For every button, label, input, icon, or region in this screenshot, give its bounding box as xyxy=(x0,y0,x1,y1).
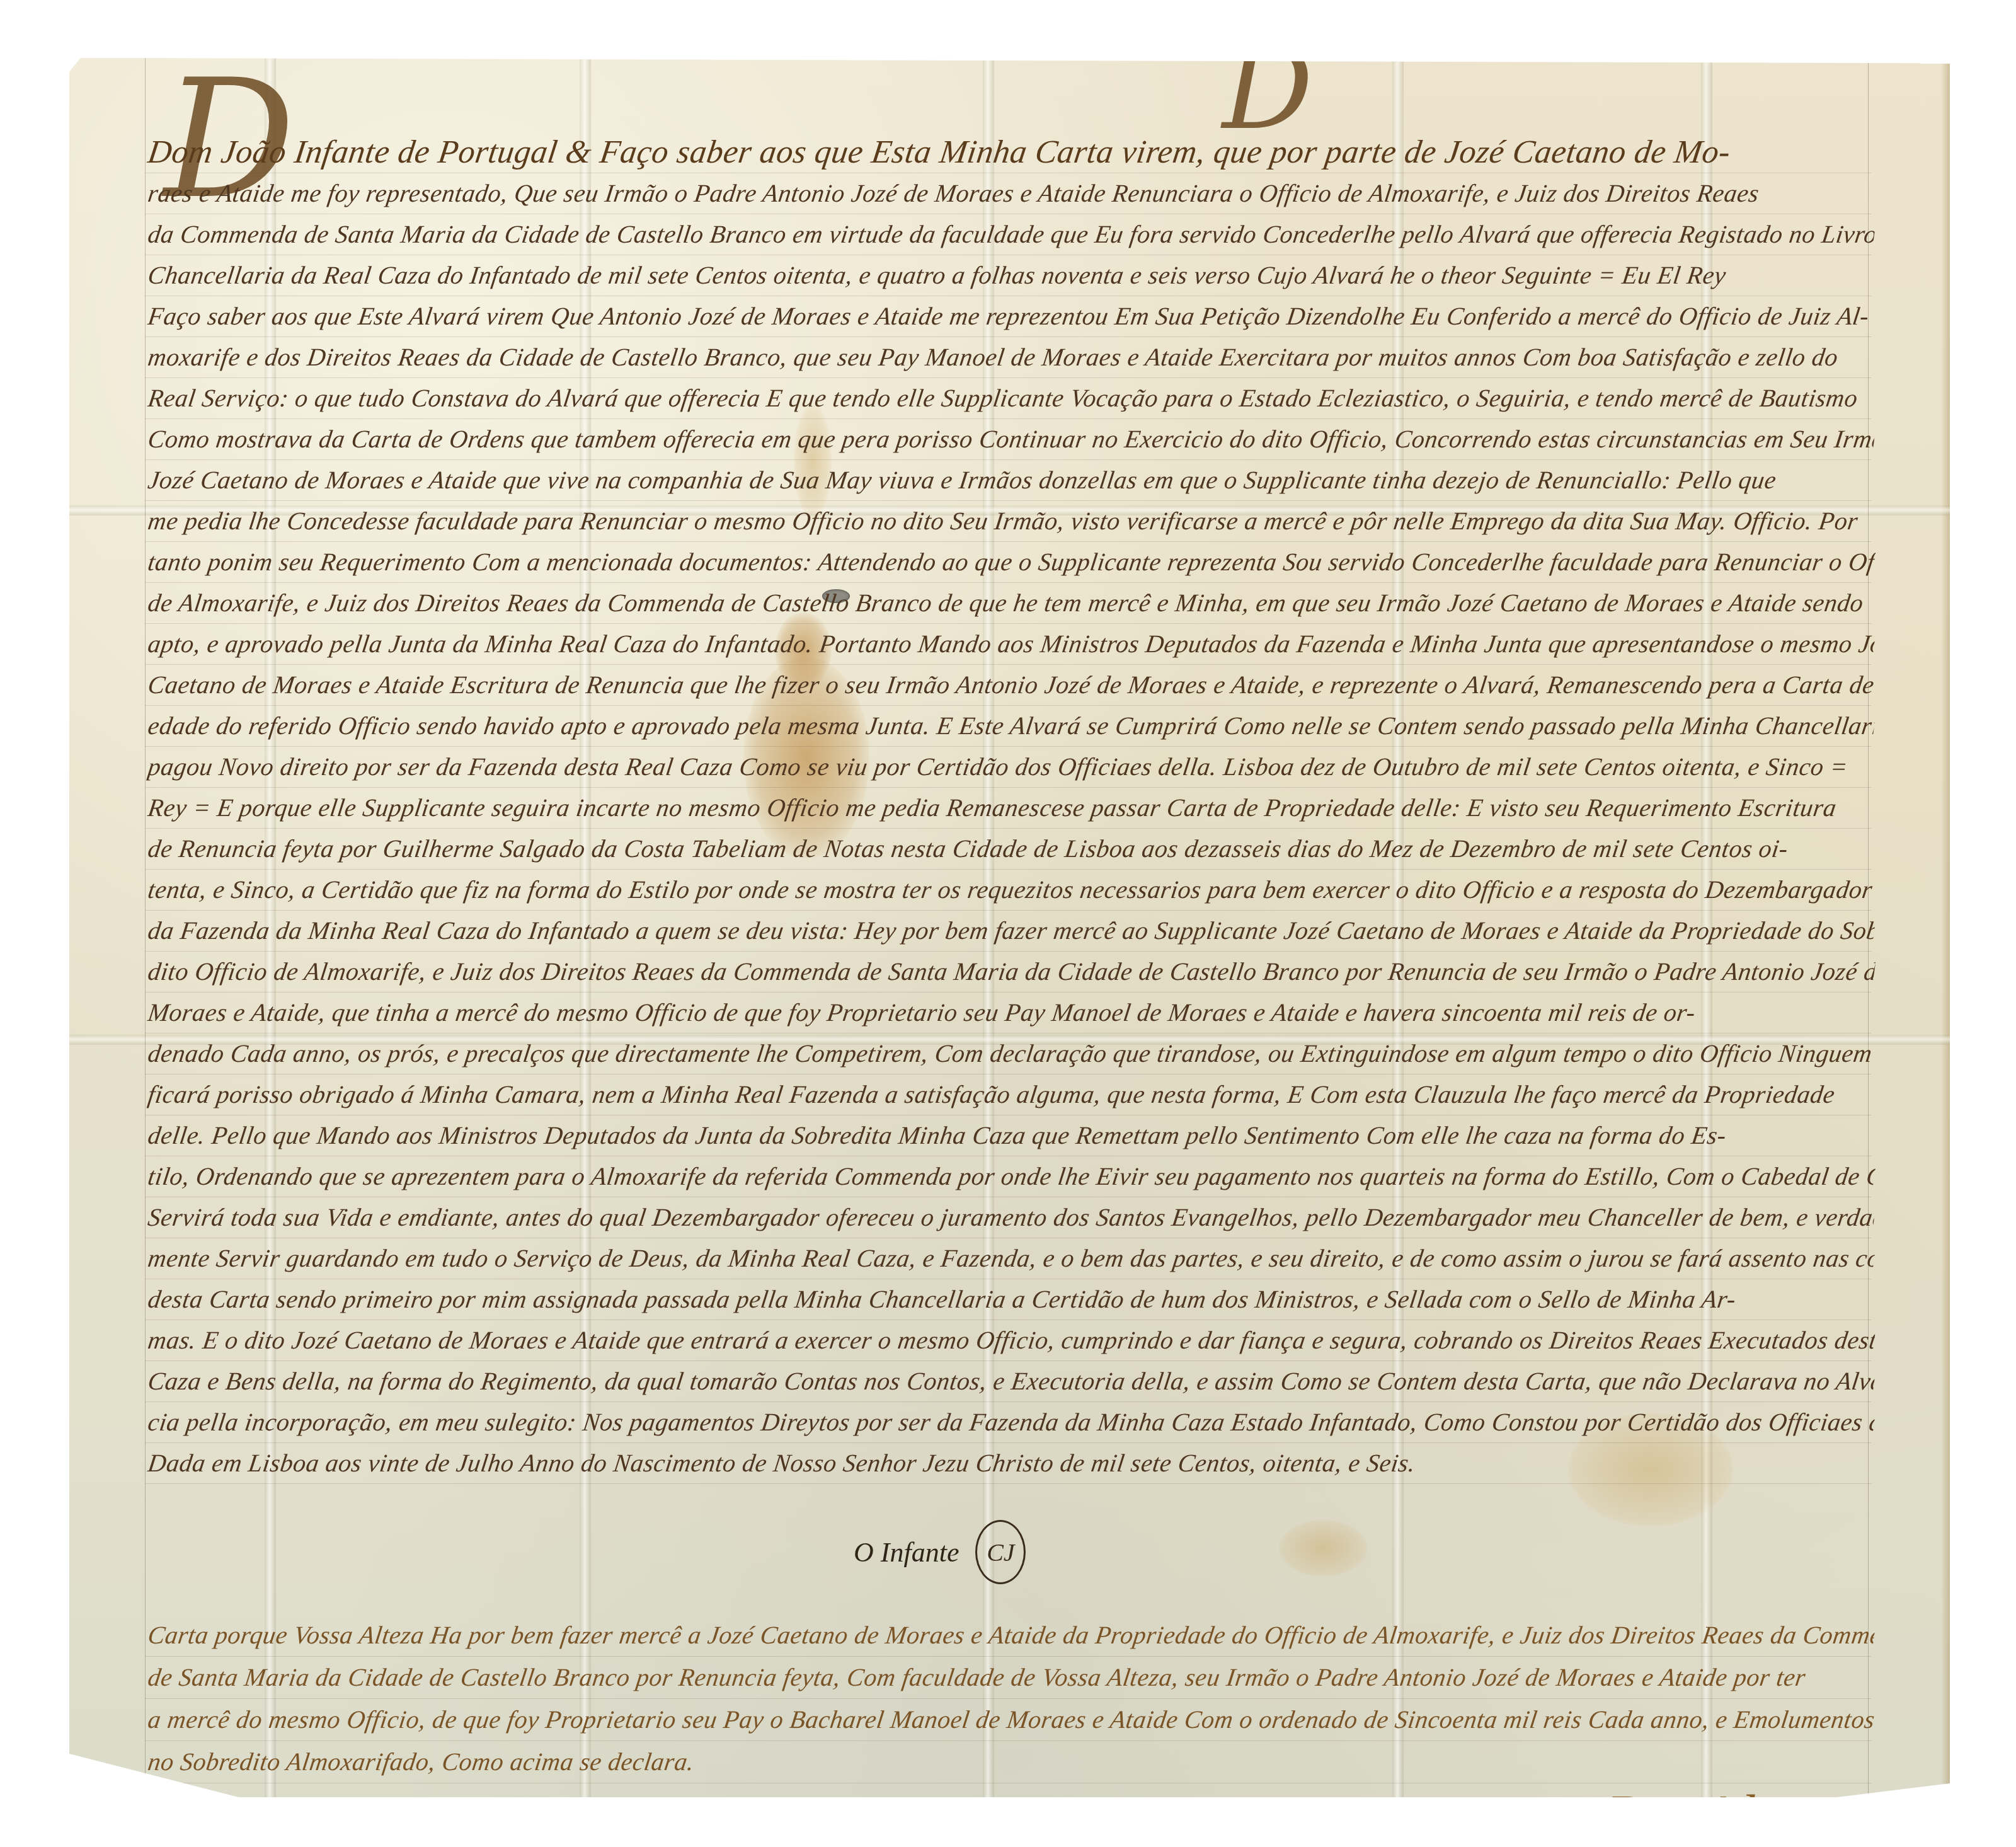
text-line: desta Carta sendo primeiro por mim assig… xyxy=(145,1279,1877,1320)
text-line: pagou Novo direito por ser da Fazenda de… xyxy=(145,747,1877,788)
text-line: mente Servir guardando em tudo o Serviço… xyxy=(145,1238,1877,1279)
text-line: de Renuncia feyta por Guilherme Salgado … xyxy=(145,829,1877,870)
text-line: Rey = E porque elle Supplicante seguira … xyxy=(145,788,1877,829)
text-line: cia pella incorporação, em meu sulegito:… xyxy=(145,1402,1877,1443)
monogram-seal-icon: CJ xyxy=(975,1520,1026,1584)
text-line: Como mostrava da Carta de Ordens que tam… xyxy=(145,419,1877,460)
text-line: me pedia lhe Concedesse faculdade para R… xyxy=(145,501,1877,542)
margin-rule xyxy=(145,58,146,1797)
text-line: edade do referido Officio sendo havido a… xyxy=(145,706,1877,747)
text-line: Caza e Bens della, na forma do Regimento… xyxy=(145,1361,1877,1402)
text-line: Dada em Lisboa aos vinte de Julho Anno d… xyxy=(145,1443,1877,1484)
text-line: raes e Ataide me foy representado, Que s… xyxy=(145,173,1877,214)
paper-edge xyxy=(1941,58,1950,1797)
text-line: Chancellaria da Real Caza do Infantado d… xyxy=(145,255,1877,296)
text-line: tilo, Ordenando que se aprezentem para o… xyxy=(145,1156,1877,1197)
text-line: dito Officio de Almoxarife, e Juiz dos D… xyxy=(145,952,1877,993)
text-line: Carta porque Vossa Alteza Ha por bem faz… xyxy=(145,1614,1877,1657)
signature-text: O Infante xyxy=(854,1536,959,1568)
text-line: moxarife e dos Direitos Reaes da Cidade … xyxy=(145,337,1877,378)
text-line: tanto ponim seu Requerimento Com a menci… xyxy=(145,542,1877,583)
text-line: mas. E o dito Jozé Caetano de Moraes e A… xyxy=(145,1320,1877,1361)
text-line: da Fazenda da Minha Real Caza do Infanta… xyxy=(145,911,1877,952)
text-line: a mercê do mesmo Officio, de que foy Pro… xyxy=(145,1699,1877,1741)
text-line: Faço saber aos que Este Alvará virem Que… xyxy=(145,296,1877,337)
text-line: ficará porisso obrigado á Minha Camara, … xyxy=(145,1074,1877,1115)
text-line: Servirá toda sua Vida e emdiante, antes … xyxy=(145,1197,1877,1238)
decorative-initial: D xyxy=(1222,33,1313,146)
registrar-signature: Rt. Alv. xyxy=(1606,1781,1804,1847)
text-line: Real Serviço: o que tudo Constava do Alv… xyxy=(145,378,1877,419)
letter-body: Dom João Infante de Portugal & Faço sabe… xyxy=(148,132,1874,1484)
text-line: apto, e aprovado pella Junta da Minha Re… xyxy=(145,624,1877,665)
foxing-stain xyxy=(1279,1520,1367,1577)
text-line: Moraes e Ataide, que tinha a mercê do me… xyxy=(145,993,1877,1033)
text-line: Caetano de Moraes e Ataide Escritura de … xyxy=(145,665,1877,706)
text-line: de Santa Maria da Cidade de Castello Bra… xyxy=(145,1657,1877,1699)
infante-signature: O Infante CJ xyxy=(854,1520,1026,1584)
text-line: denado Cada anno, os prós, e precalços q… xyxy=(145,1033,1877,1074)
text-line: de Almoxarife, e Juiz dos Direitos Reaes… xyxy=(145,583,1877,624)
text-line: tenta, e Sinco, a Certidão que fiz na fo… xyxy=(145,870,1877,911)
text-line: no Sobredito Almoxarifado, Como acima se… xyxy=(145,1741,1877,1783)
text-line: da Commenda de Santa Maria da Cidade de … xyxy=(145,214,1877,255)
manuscript-page: D D Dom João Infante de Portugal & Faço … xyxy=(69,58,1950,1797)
closing-summary: Carta porque Vossa Alteza Ha por bem faz… xyxy=(148,1614,1874,1783)
text-line: Jozé Caetano de Moraes e Ataide que vive… xyxy=(145,460,1877,501)
text-line: delle. Pello que Mando aos Ministros Dep… xyxy=(145,1115,1877,1156)
text-line: Dom João Infante de Portugal & Faço sabe… xyxy=(145,132,1877,173)
